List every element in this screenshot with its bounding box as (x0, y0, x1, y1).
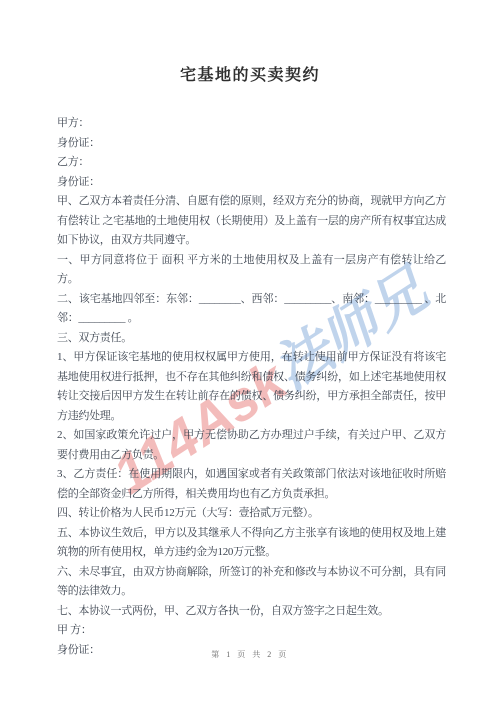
clause-3-item-2: 2、如国家政策允许过户，甲方无偿协助乙方办理过户手续，有关过户甲、乙双方要付费用… (57, 426, 446, 465)
party-a-label: 甲方： (57, 114, 446, 134)
document-page: 宅基地的买卖契约 114Ask法师兄 甲方： 身份证： 乙方： 身份证： 甲、乙… (0, 0, 500, 706)
signature-party-a-label: 甲 方： (57, 621, 446, 641)
page-number-footer: 第 1 页 共 2 页 (0, 649, 500, 660)
clause-7-copies: 七、本协议一式两份，甲、乙双方各执一份，自双方签字之日起生效。 (57, 602, 446, 622)
party-b-id-label: 身份证： (57, 173, 446, 193)
preamble-paragraph: 甲、乙双方本着责任分清、自愿有偿的原则，经双方充分的协商，现就甲方向乙方有偿转让… (57, 192, 446, 251)
clause-3-item-1: 1、甲方保证该宅基地的使用权权属甲方使用，在转让使用前甲方保证没有将该宅基地使用… (57, 348, 446, 426)
clause-2-boundaries: 二、该宅基地四邻至：东邻：________、西邻：_________、南邻：__… (57, 290, 446, 329)
contract-body: 甲方： 身份证： 乙方： 身份证： 甲、乙双方本着责任分清、自愿有偿的原则，经双… (57, 114, 446, 660)
clause-5-penalty: 五、本协议生效后，甲方以及其继承人不得向乙方主张享有该地的使用权及地上建筑物的所… (57, 524, 446, 563)
clause-3-heading: 三、双方责任。 (57, 329, 446, 349)
party-a-id-label: 身份证： (57, 134, 446, 154)
clause-1: 一、甲方同意将位于 面积 平方米的土地使用权及上盖有一层房产有偿转让给乙方。 (57, 251, 446, 290)
party-b-label: 乙方： (57, 153, 446, 173)
clause-4-price: 四、转让价格为人民币12万元（大写：壹拾贰万元整）。 (57, 504, 446, 524)
document-title: 宅基地的买卖契约 (0, 62, 500, 85)
clause-3-item-3: 3、乙方责任：在使用期限内，如遇国家或者有关政策部门依法对该地征收时所赔偿的全部… (57, 465, 446, 504)
clause-6-misc: 六、未尽事宜，由双方协商解除，所签订的补充和修改与本协议不可分割，具有同等的法律… (57, 563, 446, 602)
